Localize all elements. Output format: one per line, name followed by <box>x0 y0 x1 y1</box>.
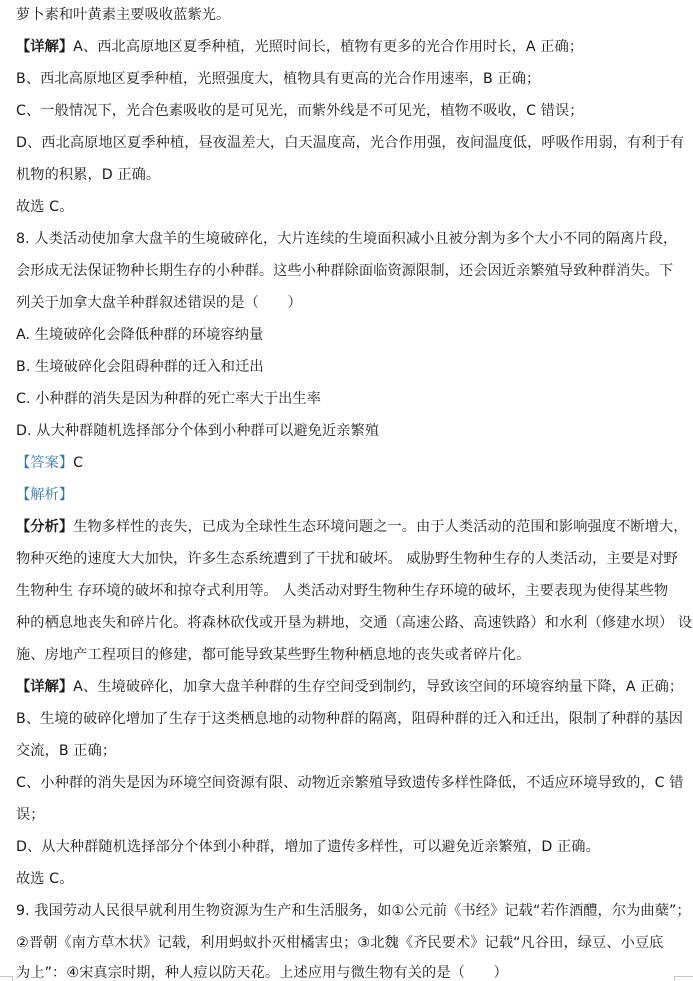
fenxi-label: 【分析】 <box>16 519 73 535</box>
q8-option-d: D. 从大种群随机选择部分个体到小种群可以避免近亲繁殖 <box>16 421 685 441</box>
q8-detail-line-b: B、生境的破碎化增加了生存于这类栖息地的动物种群的隔离，阻碍种群的迁入和迁出，限… <box>16 709 685 729</box>
q8-detail-label: 【详解】 <box>16 679 73 695</box>
q8-stem-line-2: 会形成无法保证物种长期生存的小种群。这些小种群除面临资源限制，还会因近亲繁殖导致… <box>16 261 685 281</box>
q8-option-a: A. 生境破碎化会降低种群的环境容纳量 <box>16 325 685 345</box>
document-page: 萝卜素和叶黄素主要吸收蓝紫光。 【详解】A、西北高原地区夏季种植，光照时间长，植… <box>0 0 693 981</box>
q8-stem-line-1: 8. 人类活动使加拿大盘羊的生境破碎化，大片连续的生境面积减小且被分割为多个大小… <box>16 229 685 249</box>
q8-detail-line-c: C、小种群的消失是因为环境空间资源有限、动物近亲繁殖导致遗传多样性降低，不适应环… <box>16 773 685 793</box>
q8-fenxi-line-2: 物种灭绝的速度大大加快，许多生态系统遭到了干扰和破坏。 威胁野生物种生存的人类活… <box>16 549 685 569</box>
prev-conclusion: 故选 C。 <box>16 197 685 217</box>
prev-detail-line-1: 【详解】A、西北高原地区夏季种植，光照时间长，植物有更多的光合作用时长，A 正确… <box>16 37 685 57</box>
q8-detail-line-1: 【详解】A、生境破碎化，加拿大盘羊种群的生存空间受到制约，导致该空间的环境容纳量… <box>16 677 685 697</box>
answer-value: C <box>73 455 83 471</box>
q9-stem-line-3: 为上”：④宋真宗时期，种人痘以防天花。上述应用与微生物有关的是（ ） <box>16 963 685 981</box>
prev-detail-line-d-cont: 机物的积累，D 正确。 <box>16 165 685 185</box>
q8-fenxi-line-5: 施、房地产工程项目的修建，都可能导致某些野生物种栖息地的丧失或者碎片化。 <box>16 645 685 665</box>
answer-label: 【答案】 <box>16 455 73 471</box>
page-corner-mark-right <box>674 976 693 981</box>
prev-detail-text-a: A、西北高原地区夏季种植，光照时间长，植物有更多的光合作用时长，A 正确； <box>73 39 583 55</box>
q8-detail-text-a: A、生境破碎化，加拿大盘羊种群的生存空间受到制约，导致该空间的环境容纳量下降，A… <box>73 679 683 695</box>
prev-detail-line-d: D、西北高原地区夏季种植，昼夜温差大，白天温度高，光合作用强，夜间温度低，呼吸作… <box>16 133 685 153</box>
page-corner-mark-left <box>0 976 13 981</box>
prev-detail-line-b: B、西北高原地区夏季种植，光照强度大，植物具有更高的光合作用速率，B 正确； <box>16 69 685 89</box>
analysis-label: 【解析】 <box>16 485 685 505</box>
q8-detail-line-b-cont: 交流，B 正确； <box>16 741 685 761</box>
q8-fenxi-line-4: 种的栖息地丧失和碎片化。将森林砍伐或开垦为耕地，交通（高速公路、高速铁路）和水利… <box>16 613 685 633</box>
q8-detail-line-d: D、从大种群随机选择部分个体到小种群，增加了遗传多样性，可以避免近亲繁殖，D 正… <box>16 837 685 857</box>
prev-detail-label: 【详解】 <box>16 39 73 55</box>
q8-conclusion: 故选 C。 <box>16 869 685 889</box>
q9-stem-line-2: ②晋朝《南方草木状》记载，利用蚂蚁扑灭柑橘害虫；③北魏《齐民要术》记载“凡谷田，… <box>16 933 685 953</box>
q8-option-c: C. 小种群的消失是因为种群的死亡率大于出生率 <box>16 389 685 409</box>
q8-fenxi-line-3: 生物种生 存环境的破坏和掠夺式利用等。 人类活动对野生物种生存环境的破坏，主要表… <box>16 581 685 601</box>
q8-option-b: B. 生境破碎化会阻碍种群的迁入和迁出 <box>16 357 685 377</box>
prev-answer-tail-line: 萝卜素和叶黄素主要吸收蓝紫光。 <box>16 5 685 25</box>
fenxi-text-1: 生物多样性的丧失，已成为全球性生态环境问题之一。由于人类活动的范围和影响强度不断… <box>73 519 687 535</box>
q9-stem-line-1: 9. 我国劳动人民很早就利用生物资源为生产和生活服务，如①公元前《书经》记载“若… <box>16 901 685 921</box>
q8-answer: 【答案】C <box>16 453 685 473</box>
prev-detail-line-c: C、一般情况下，光合色素吸收的是可见光，而紫外线是不可见光，植物不吸收，C 错误… <box>16 101 685 121</box>
q8-fenxi-line-1: 【分析】生物多样性的丧失，已成为全球性生态环境问题之一。由于人类活动的范围和影响… <box>16 517 685 537</box>
q8-stem-line-3: 列关于加拿大盘羊种群叙述错误的是（ ） <box>16 293 685 313</box>
q8-detail-line-c-cont: 误； <box>16 805 685 825</box>
